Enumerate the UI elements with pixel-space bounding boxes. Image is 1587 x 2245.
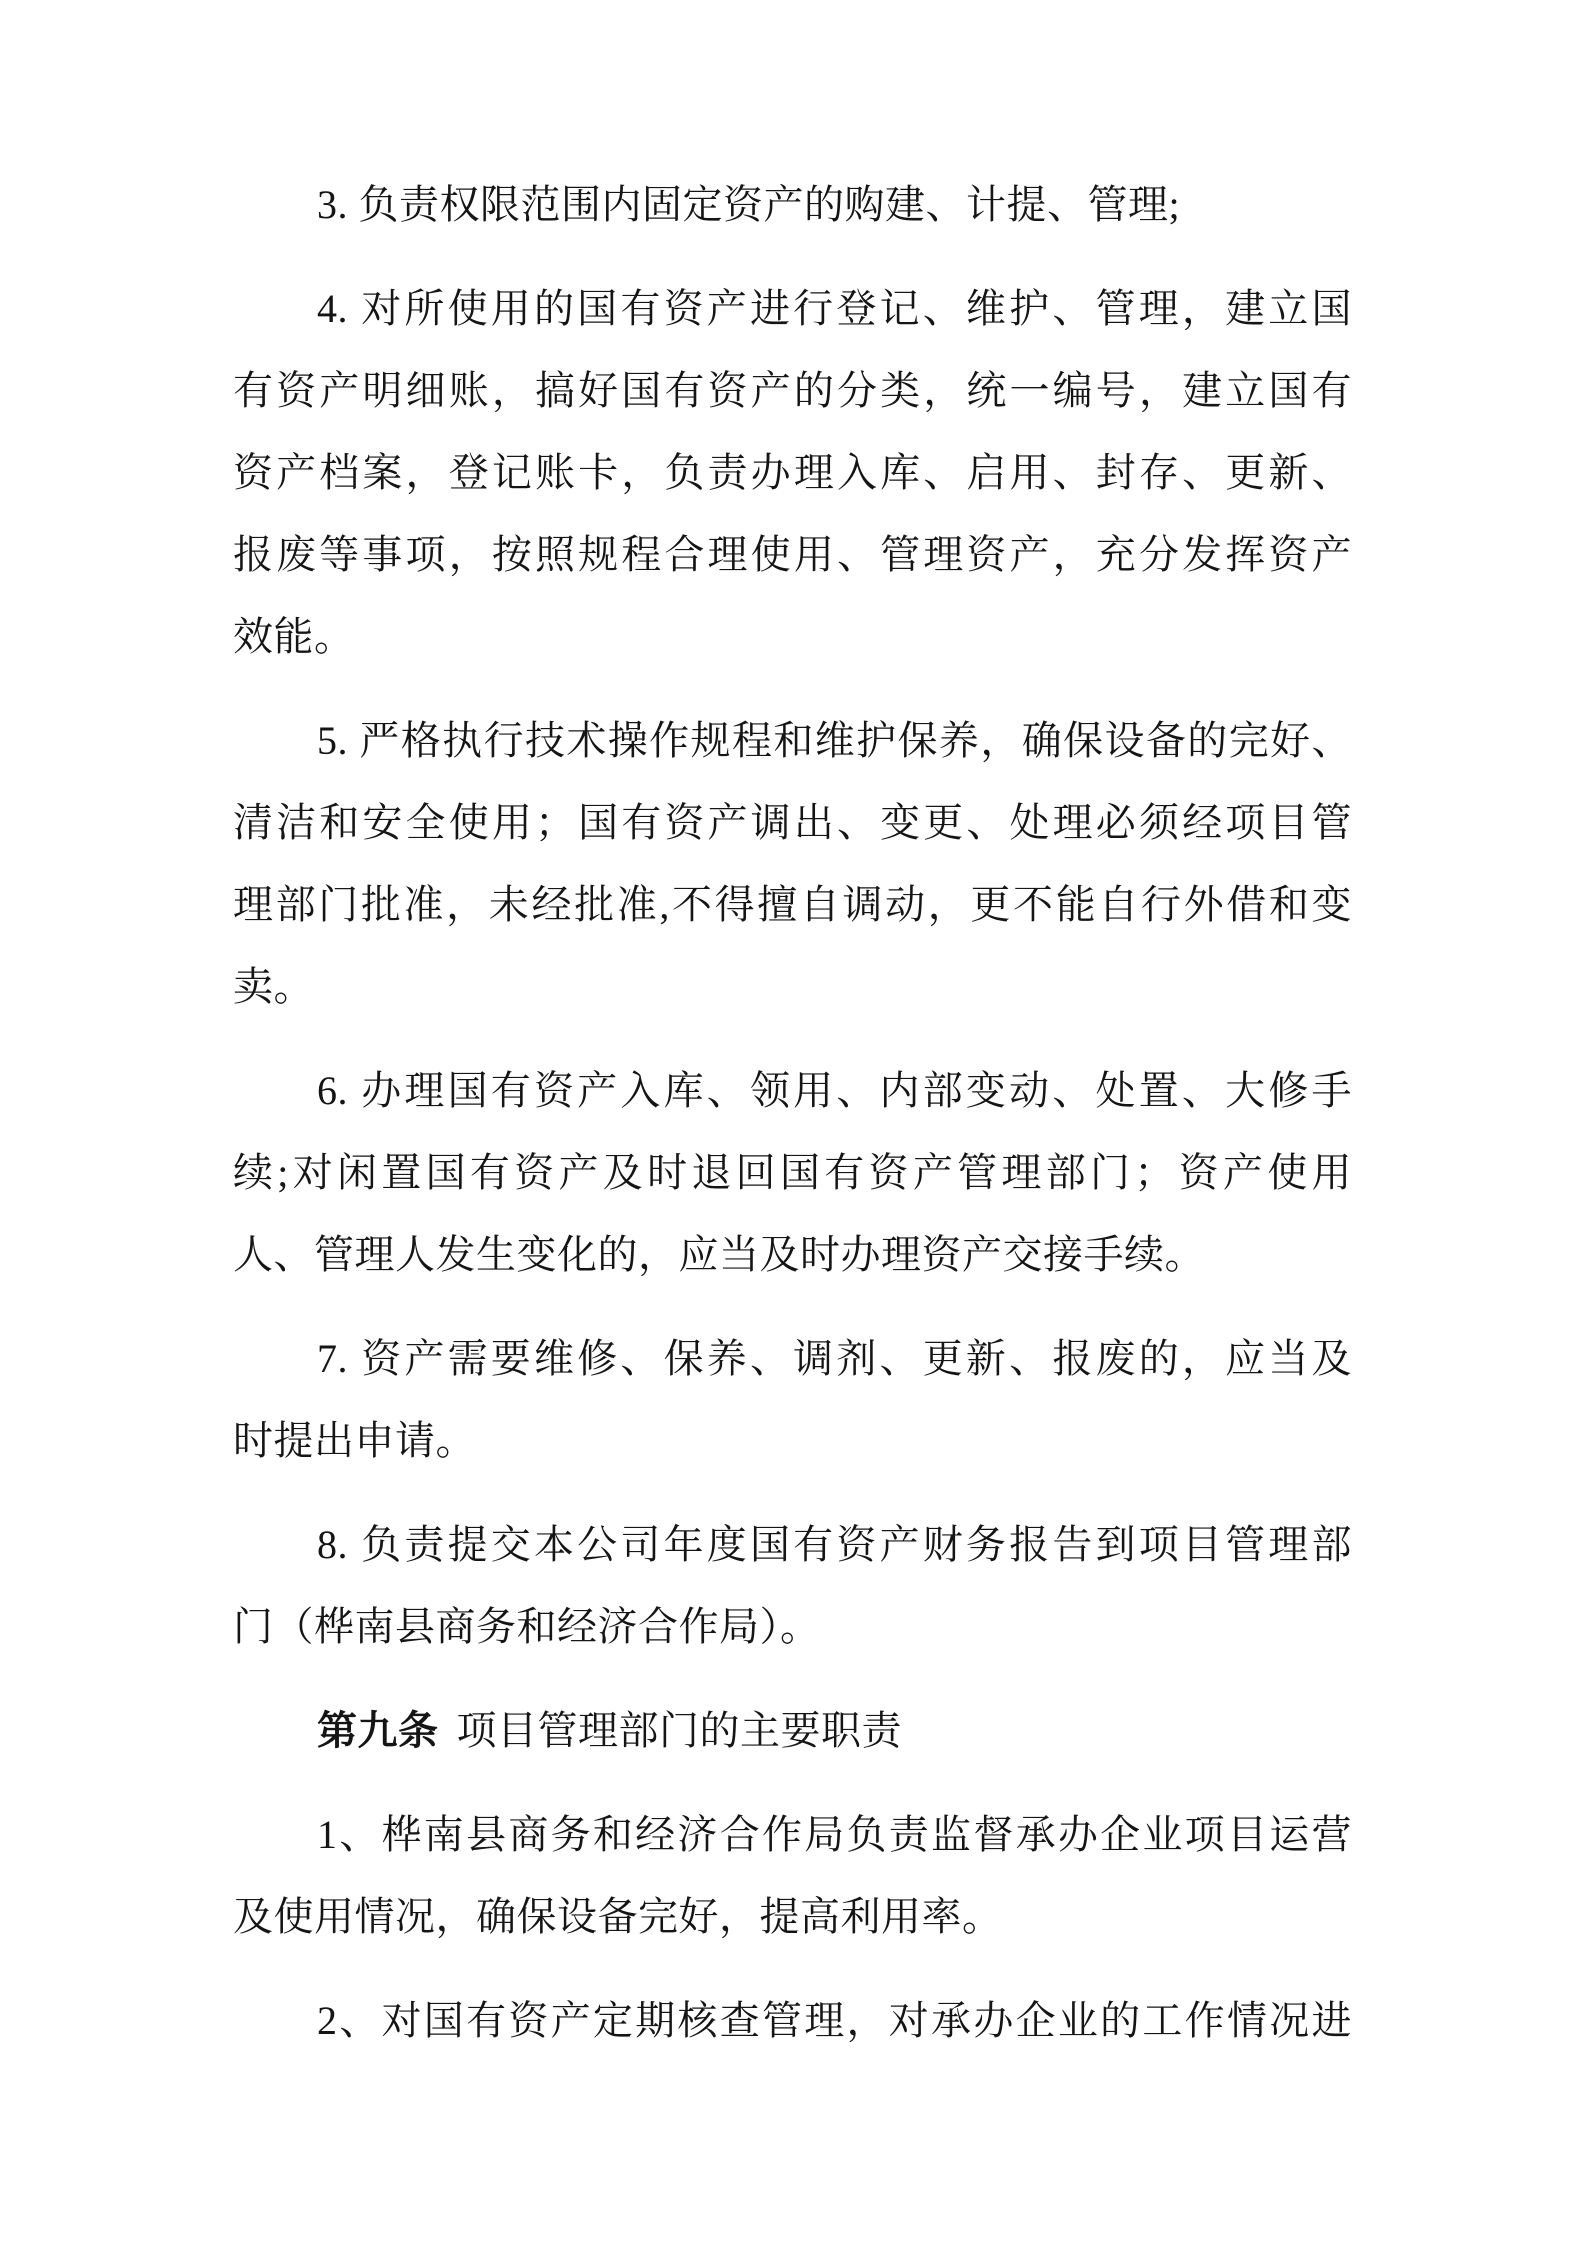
duty-2-line-1: 2、对国有资产定期核查管理，对承办企业的工作情况进 — [233, 1980, 1352, 2062]
clause-4-line-2: 有资产明细账，搞好国有资产的分类，统一编号，建立国有 — [233, 350, 1352, 432]
clause-5-line-4: 卖。 — [233, 946, 1352, 1028]
clause-4-line-1: 4. 对所使用的国有资产进行登记、维护、管理，建立国 — [233, 268, 1352, 350]
clause-7-line-2: 时提出申请。 — [233, 1400, 1352, 1482]
clause-7-paragraph: 7. 资产需要维修、保养、调剂、更新、报废的，应当及 时提出申请。 — [233, 1318, 1352, 1482]
document-page: 3. 负责权限范围内固定资产的购建、计提、管理; 4. 对所使用的国有资产进行登… — [0, 0, 1587, 2245]
clause-6-line-2: 续;对闲置国有资产及时退回国有资产管理部门；资产使用 — [233, 1132, 1352, 1214]
clause-4-paragraph: 4. 对所使用的国有资产进行登记、维护、管理，建立国 有资产明细账，搞好国有资产… — [233, 268, 1352, 678]
clause-7-line-1: 7. 资产需要维修、保养、调剂、更新、报废的，应当及 — [233, 1318, 1352, 1400]
clause-5-paragraph: 5. 严格执行技术操作规程和维护保养，确保设备的完好、 清洁和安全使用；国有资产… — [233, 700, 1352, 1028]
clause-3-paragraph: 3. 负责权限范围内固定资产的购建、计提、管理; — [233, 164, 1352, 246]
duty-1-line-2: 及使用情况，确保设备完好，提高利用率。 — [233, 1876, 1352, 1958]
clause-4-line-4: 报废等事项，按照规程合理使用、管理资产，充分发挥资产 — [233, 514, 1352, 596]
clause-6-paragraph: 6. 办理国有资产入库、领用、内部变动、处置、大修手 续;对闲置国有资产及时退回… — [233, 1050, 1352, 1296]
clause-8-paragraph: 8. 负责提交本公司年度国有资产财务报告到项目管理部 门（桦南县商务和经济合作局… — [233, 1504, 1352, 1668]
clause-6-line-3: 人、管理人发生变化的，应当及时办理资产交接手续。 — [233, 1214, 1352, 1296]
article-9-heading: 第九条项目管理部门的主要职责 — [233, 1690, 1352, 1772]
clause-3-line-1: 3. 负责权限范围内固定资产的购建、计提、管理; — [233, 164, 1352, 246]
document-text-block: 3. 负责权限范围内固定资产的购建、计提、管理; 4. 对所使用的国有资产进行登… — [233, 164, 1352, 2084]
clause-5-line-1: 5. 严格执行技术操作规程和维护保养，确保设备的完好、 — [233, 700, 1352, 782]
clause-8-line-2: 门（桦南县商务和经济合作局）。 — [233, 1586, 1352, 1668]
clause-8-line-1: 8. 负责提交本公司年度国有资产财务报告到项目管理部 — [233, 1504, 1352, 1586]
clause-5-line-2: 清洁和安全使用；国有资产调出、变更、处理必须经项目管 — [233, 782, 1352, 864]
clause-4-line-5: 效能。 — [233, 596, 1352, 678]
duty-1-paragraph: 1、桦南县商务和经济合作局负责监督承办企业项目运营 及使用情况，确保设备完好，提… — [233, 1794, 1352, 1958]
article-9-heading-label: 第九条 — [317, 1708, 439, 1753]
duty-2-paragraph: 2、对国有资产定期核查管理，对承办企业的工作情况进 — [233, 1980, 1352, 2062]
article-9-heading-line: 第九条项目管理部门的主要职责 — [233, 1690, 1352, 1772]
article-9-heading-title: 项目管理部门的主要职责 — [457, 1708, 903, 1753]
clause-4-line-3: 资产档案，登记账卡，负责办理入库、启用、封存、更新、 — [233, 432, 1352, 514]
duty-1-line-1: 1、桦南县商务和经济合作局负责监督承办企业项目运营 — [233, 1794, 1352, 1876]
clause-6-line-1: 6. 办理国有资产入库、领用、内部变动、处置、大修手 — [233, 1050, 1352, 1132]
clause-5-line-3: 理部门批准，未经批准,不得擅自调动，更不能自行外借和变 — [233, 864, 1352, 946]
